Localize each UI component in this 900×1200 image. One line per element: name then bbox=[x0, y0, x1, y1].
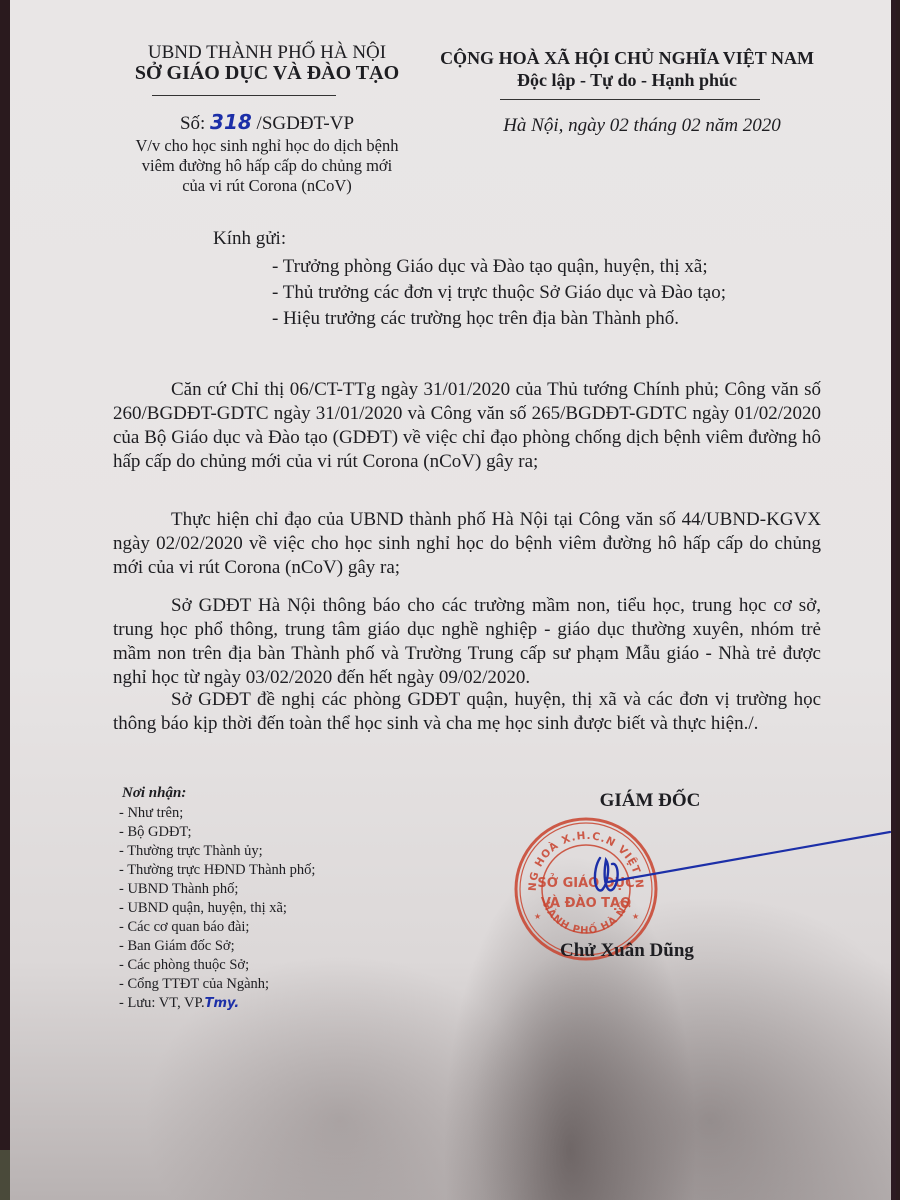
background-surface bbox=[0, 1150, 10, 1200]
paragraph-text: Căn cứ Chỉ thị 06/CT-TTg ngày 31/01/2020… bbox=[113, 379, 821, 472]
national-motto: Độc lập - Tự do - Hạnh phúc bbox=[432, 70, 822, 91]
svg-text:★: ★ bbox=[534, 912, 541, 921]
signature-title: GIÁM ĐỐC bbox=[585, 790, 715, 812]
distribution-item: - Ban Giám đốc Sở; bbox=[119, 938, 235, 955]
archive-note: - Lưu: VT, VP. bbox=[119, 995, 205, 1011]
doc-number-handwritten: 318 bbox=[210, 110, 252, 134]
subject-line: V/v cho học sinh nghỉ học do dịch bệnh bbox=[102, 136, 432, 156]
recipients-label: Kính gửi: bbox=[213, 228, 286, 250]
paragraph-text: Sở GDĐT Hà Nội thông báo cho các trường … bbox=[113, 595, 821, 688]
body-paragraph: Sở GDĐT Hà Nội thông báo cho các trường … bbox=[113, 594, 821, 690]
distribution-item: - Các phòng thuộc Sở; bbox=[119, 957, 249, 974]
doc-number-prefix: Số: bbox=[180, 113, 205, 134]
distribution-item: - UBND quận, huyện, thị xã; bbox=[119, 900, 287, 917]
paragraph-text: Sở GDĐT đề nghị các phòng GDĐT quận, huy… bbox=[113, 689, 821, 734]
document-subject: V/v cho học sinh nghỉ học do dịch bệnh v… bbox=[102, 136, 432, 196]
distribution-item: - Các cơ quan báo đài; bbox=[119, 919, 249, 936]
distribution-item: - Cổng TTĐT của Ngành; bbox=[119, 976, 269, 993]
doc-number-suffix: /SGDĐT-VP bbox=[257, 113, 355, 134]
distribution-item: - Lưu: VT, VP.Tmy. bbox=[119, 995, 239, 1012]
body-paragraph: Thực hiện chỉ đạo của UBND thành phố Hà … bbox=[113, 508, 821, 580]
national-title: CỘNG HOÀ XÃ HỘI CHỦ NGHĨA VIỆT NAM bbox=[432, 48, 822, 69]
subject-line: viêm đường hô hấp cấp do chủng mới bbox=[102, 156, 432, 176]
recipient-item: - Hiệu trưởng các trường học trên địa bà… bbox=[272, 308, 679, 330]
handwritten-signature bbox=[590, 820, 896, 900]
place-date: Hà Nội, ngày 02 tháng 02 năm 2020 bbox=[432, 115, 852, 137]
distribution-title: Nơi nhận: bbox=[122, 785, 186, 802]
distribution-item: - UBND Thành phố; bbox=[119, 881, 238, 898]
distribution-item: - Bộ GDĐT; bbox=[119, 824, 192, 841]
document-number: Số: 318 /SGDĐT-VP bbox=[102, 110, 432, 135]
org-parent: UBND THÀNH PHỐ HÀ NỘI bbox=[102, 42, 432, 64]
distribution-item: - Thường trực Thành ủy; bbox=[119, 843, 263, 860]
recipient-item: - Trưởng phòng Giáo dục và Đào tạo quận,… bbox=[272, 256, 708, 278]
paragraph-text: Thực hiện chỉ đạo của UBND thành phố Hà … bbox=[113, 509, 821, 578]
body-paragraph: Căn cứ Chỉ thị 06/CT-TTg ngày 31/01/2020… bbox=[113, 378, 821, 474]
handwritten-initials: Tmy. bbox=[205, 996, 240, 1011]
divider bbox=[152, 95, 336, 96]
divider bbox=[500, 99, 760, 100]
svg-text:★: ★ bbox=[632, 912, 639, 921]
page-edge bbox=[891, 0, 896, 1200]
recipient-item: - Thủ trưởng các đơn vị trực thuộc Sở Gi… bbox=[272, 282, 726, 304]
distribution-item: - Thường trực HĐND Thành phố; bbox=[119, 862, 315, 879]
signer-name: Chử Xuân Dũng bbox=[560, 940, 694, 962]
subject-line: của vi rút Corona (nCoV) bbox=[102, 176, 432, 196]
org-name: SỞ GIÁO DỤC VÀ ĐÀO TẠO bbox=[102, 62, 432, 85]
body-paragraph: Sở GDĐT đề nghị các phòng GDĐT quận, huy… bbox=[113, 688, 821, 736]
distribution-item: - Như trên; bbox=[119, 805, 183, 822]
